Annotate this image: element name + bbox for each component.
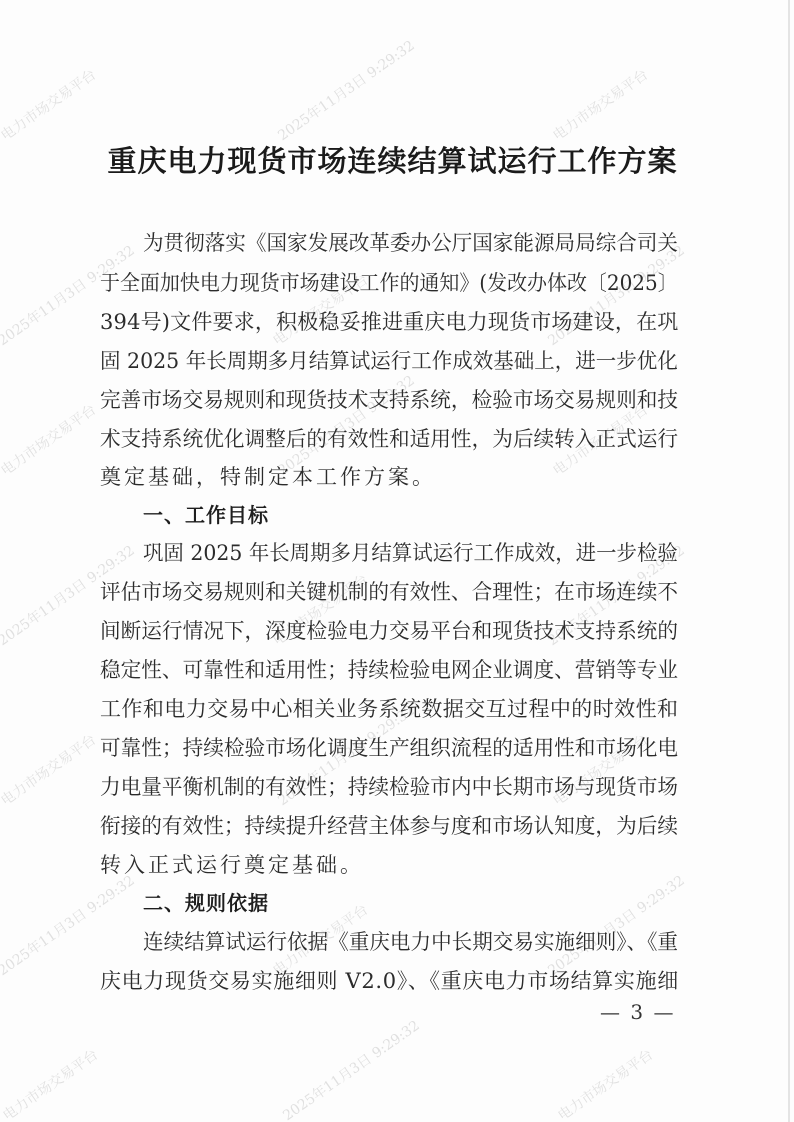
document-title: 重庆电力现货市场连续结算试运行工作方案 [100,141,685,181]
document-page: 电力市场交易平台 2025年11月3日 9:29:32 电力市场交易平台 202… [0,0,794,1122]
section-heading-rule-basis: 二、规则依据 [143,886,269,920]
page-number: — 3 — [600,995,673,1029]
section1-line: 力电量平衡机制的有效性；持续检验市内中长期市场与现货市场 [100,770,678,804]
section-heading-work-goals: 一、工作目标 [143,498,269,532]
intro-line: 奠定基础，特制定本工作方案。 [100,460,678,494]
section1-line: 间断运行情况下，深度检验电力交易平台和现货技术支持系统的 [100,614,678,648]
section1-line: 工作和电力交易中心相关业务系统数据交互过程中的时效性和 [100,692,678,726]
section1-line: 衔接的有效性；持续提升经营主体参与度和市场认知度，为后续 [100,809,678,843]
intro-line: 394号)文件要求，积极稳妥推进重庆电力现货市场建设，在巩 [100,305,678,339]
intro-line: 术支持系统优化调整后的有效性和适用性，为后续转入正式运行 [100,422,678,456]
section1-line: 稳定性、可靠性和适用性；持续检验电网企业调度、营销等专业 [100,653,678,687]
section1-line: 评估市场交易规则和关键机制的有效性、合理性；在市场连续不 [100,575,678,609]
intro-line: 为贯彻落实《国家发展改革委办公厅国家能源局局综合司关 [143,226,678,260]
section1-line: 可靠性；持续检验市场化调度生产组织流程的适用性和市场化电 [100,731,678,765]
intro-line: 固 2025 年长周期多月结算试运行工作成效基础上，进一步优化 [100,344,678,378]
intro-line: 于全面加快电力现货市场建设工作的通知》(发改办体改〔2025〕 [100,266,678,300]
section2-line: 庆电力现货交易实施细则 V2.0》、《重庆电力市场结算实施细 [100,964,678,998]
section1-line: 巩固 2025 年长周期多月结算试运行工作成效，进一步检验 [143,536,678,570]
intro-line: 完善市场交易规则和现货技术支持系统，检验市场交易规则和技 [100,383,678,417]
document-content: 重庆电力现货市场连续结算试运行工作方案 为贯彻落实《国家发展改革委办公厅国家能源… [0,0,794,1122]
section1-line: 转入正式运行奠定基础。 [100,848,678,882]
section2-line: 连续结算试运行依据《重庆电力中长期交易实施细则》、《重 [143,925,678,959]
